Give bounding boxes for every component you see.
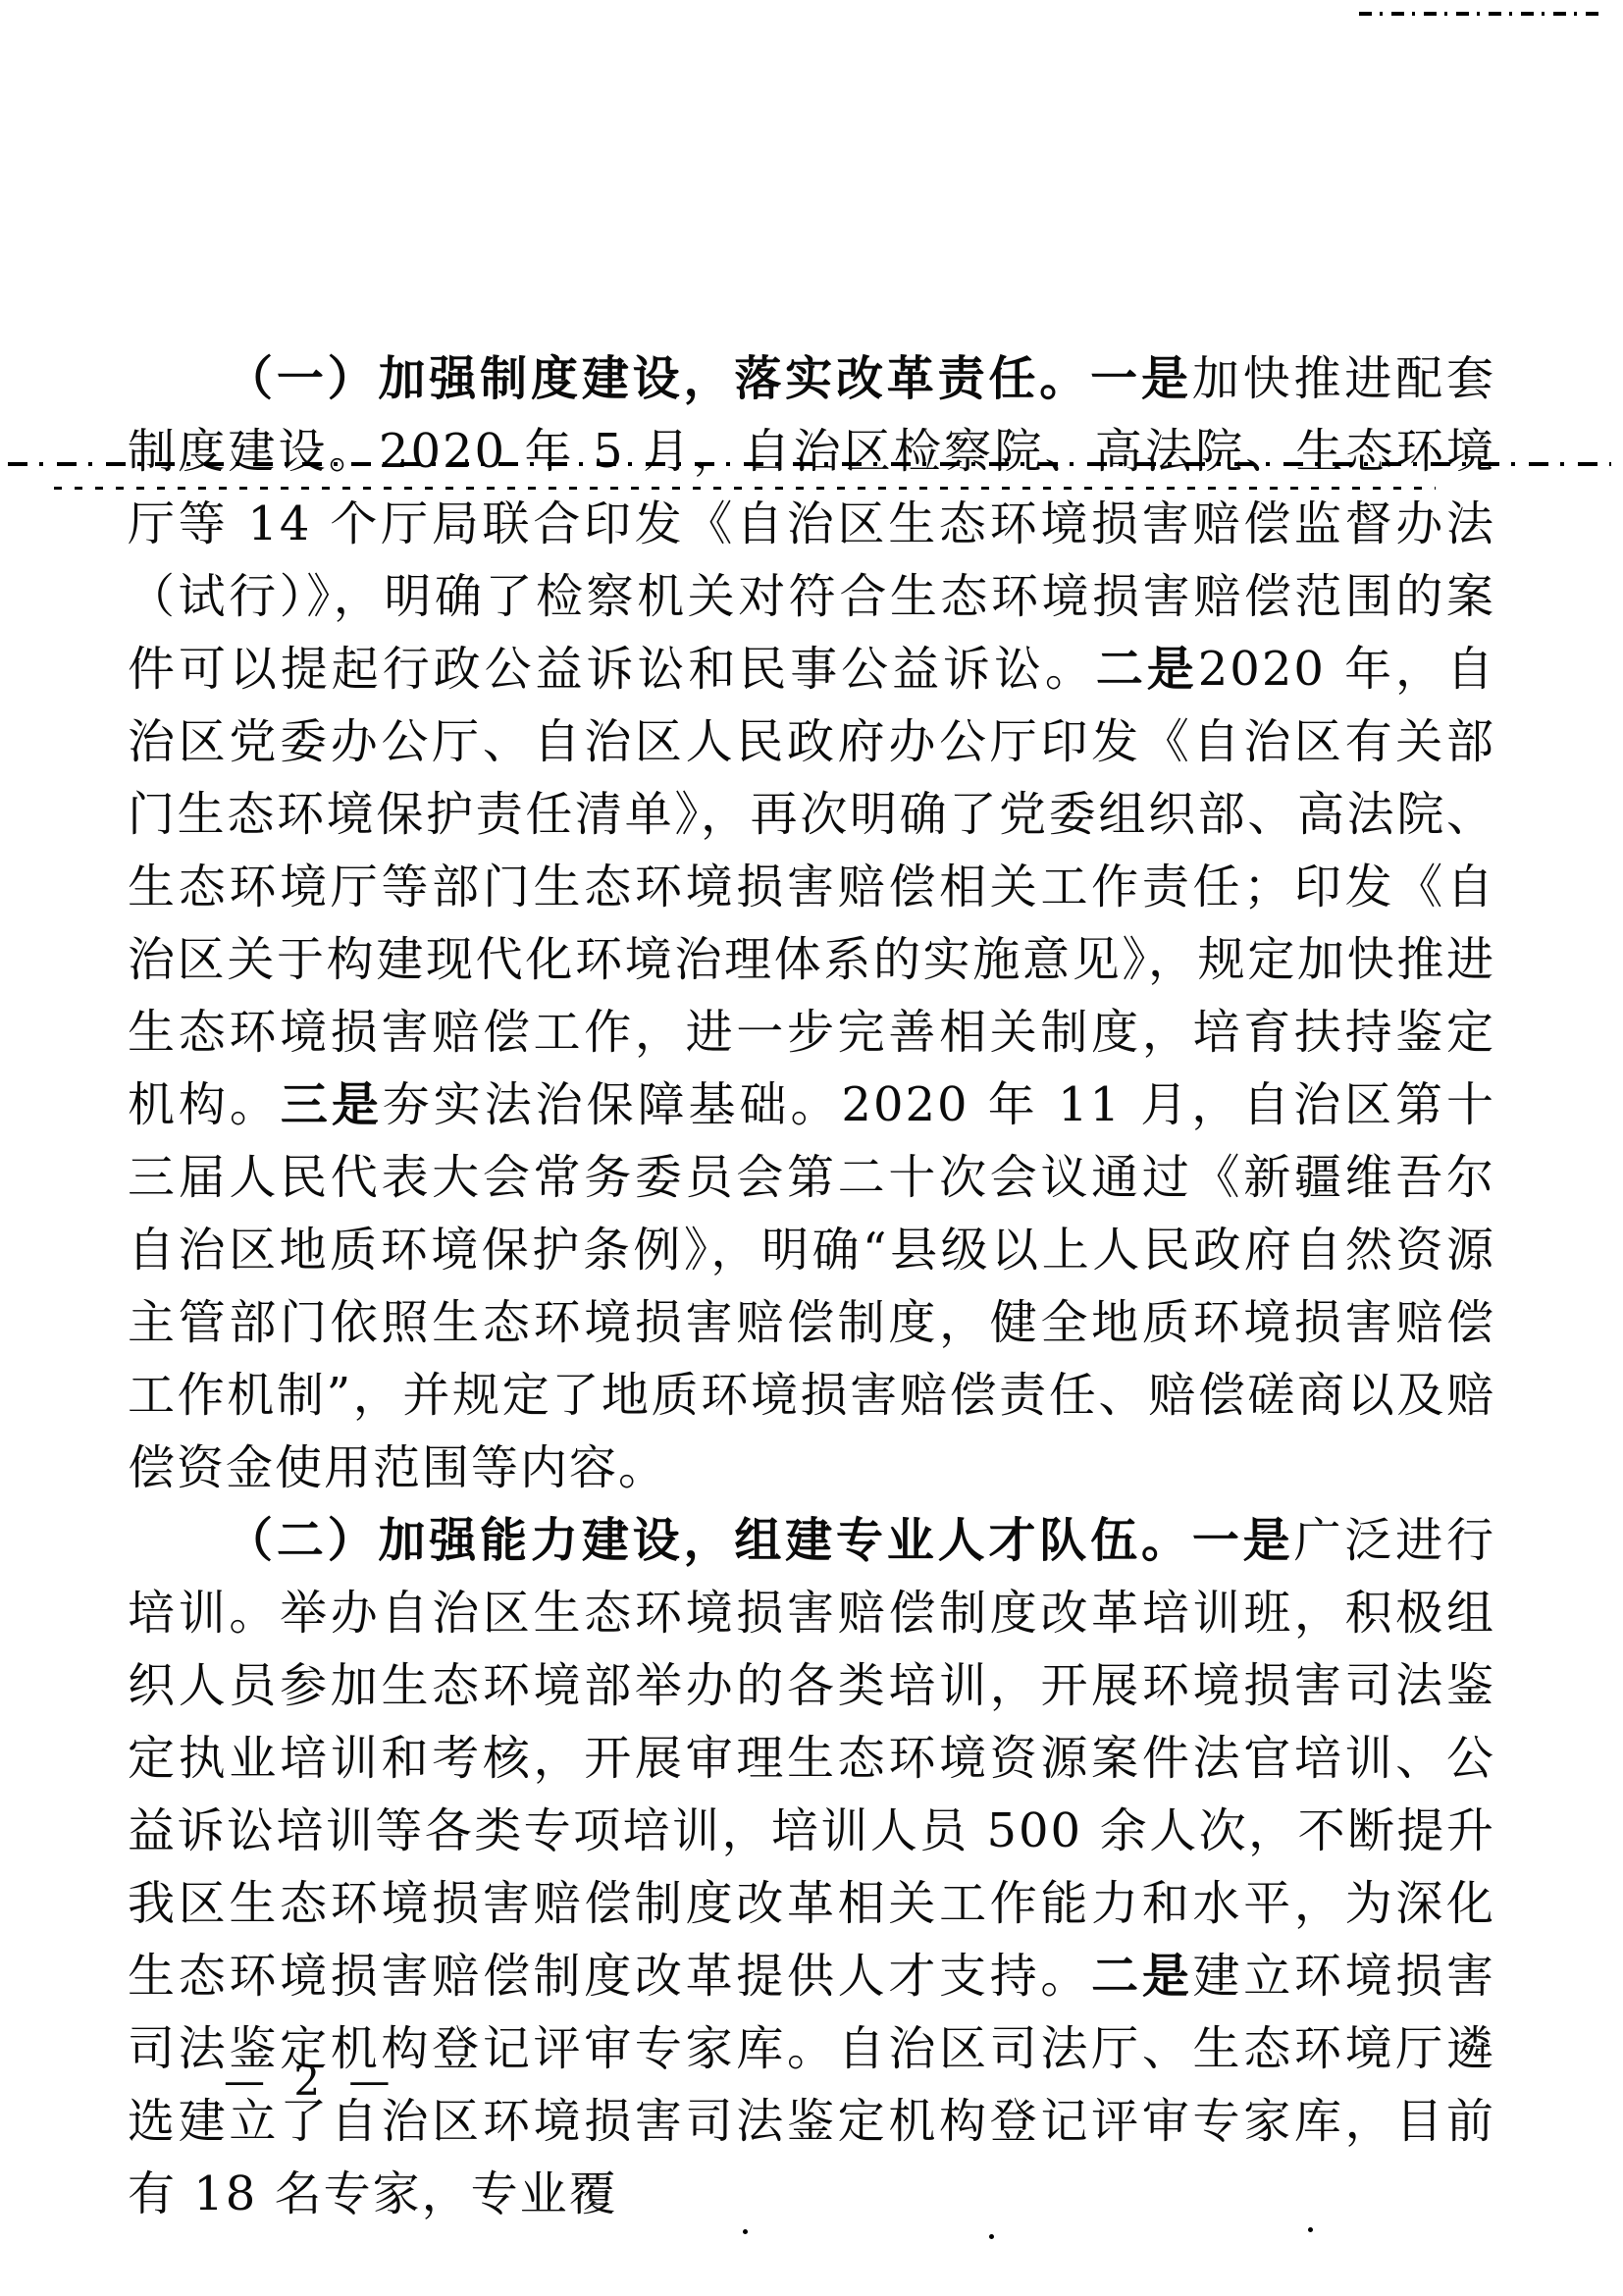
document-body-text: （一）加强制度建设，落实改革责任。一是加快推进配套制度建设。2020 年 5 月… <box>128 342 1495 2230</box>
emphasis-segment: 二是 <box>1096 642 1198 697</box>
emphasis-segment: （二）加强能力建设，组建专业人才队伍。 <box>226 1513 1192 1568</box>
para-section-1: （一）加强制度建设，落实改革责任。一是加快推进配套制度建设。2020 年 5 月… <box>128 342 1495 1504</box>
emphasis-segment: 一是 <box>1090 351 1192 406</box>
scan-noise-line-top <box>1359 12 1602 16</box>
scan-noise-line-middle-secondary <box>54 487 1436 490</box>
text-segment: 广泛进行培训。举办自治区生态环境损害赔偿制度改革培训班，积极组织人员参加生态环境… <box>128 1513 1495 2004</box>
scan-noise-line-middle <box>8 462 1611 466</box>
scan-speck <box>743 2229 748 2234</box>
text-segment: 夯实法治保障基础。2020 年 11 月，自治区第十三届人民代表大会常务委员会第… <box>128 1077 1495 1495</box>
scan-speck <box>989 2234 994 2239</box>
emphasis-segment: 三是 <box>281 1077 383 1132</box>
emphasis-segment: 一是 <box>1192 1513 1294 1568</box>
para-section-2: （二）加强能力建设，组建专业人才队伍。一是广泛进行培训。举办自治区生态环境损害赔… <box>128 1504 1495 2230</box>
scan-speck <box>1308 2227 1313 2232</box>
scanned-document-page: （一）加强制度建设，落实改革责任。一是加快推进配套制度建设。2020 年 5 月… <box>0 0 1623 2296</box>
emphasis-segment: 二是 <box>1091 1949 1192 2004</box>
page-number: — 2 — <box>224 2057 392 2105</box>
text-segment: 2020 年，自治区党委办公厅、自治区人民政府办公厅印发《自治区有关部门生态环境… <box>128 642 1495 1132</box>
emphasis-segment: （一）加强制度建设，落实改革责任。 <box>226 351 1090 406</box>
